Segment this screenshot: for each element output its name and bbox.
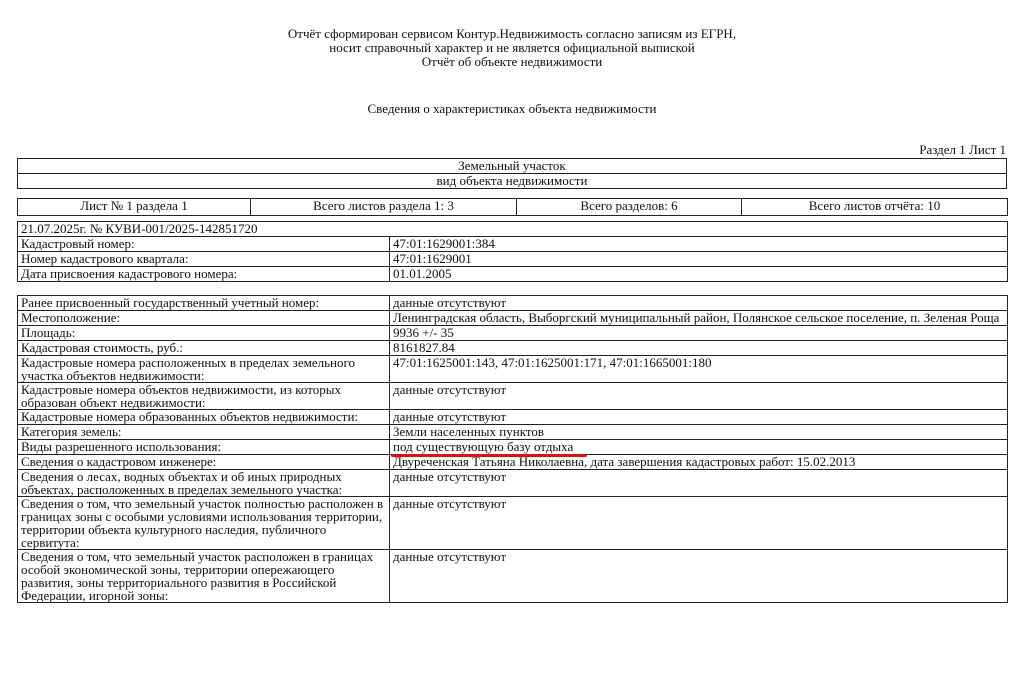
row-value: 47:01:1629001:384	[390, 237, 1008, 252]
row-label: Кадастровые номера образованных объектов…	[18, 410, 390, 425]
row-label: Ранее присвоенный государственный учетны…	[18, 296, 390, 311]
table-row: Виды разрешенного использования: под сущ…	[18, 440, 1008, 455]
row-value: данные отсутствуют	[390, 296, 1008, 311]
row-label: Сведения о кадастровом инженере:	[18, 455, 390, 470]
table-row: Кадастровый номер: 47:01:1629001:384	[18, 237, 1008, 252]
table-row: Сведения о лесах, водных объектах и об и…	[18, 470, 1008, 497]
table-row: Дата присвоения кадастрового номера: 01.…	[18, 267, 1008, 282]
row-value: данные отсутствуют	[390, 470, 1008, 497]
row-value: данные отсутствуют	[390, 410, 1008, 425]
object-type-value: Земельный участок	[18, 159, 1007, 174]
row-label: Сведения о том, что земельный участок по…	[18, 497, 390, 550]
header-line-1: Отчёт сформирован сервисом Контур.Недвиж…	[0, 27, 1024, 41]
row-value: Земли населенных пунктов	[390, 425, 1008, 440]
row-value: данные отсутствуют	[390, 497, 1008, 550]
row-value: 8161827.84	[390, 341, 1008, 356]
row-value: данные отсутствуют	[390, 383, 1008, 410]
table-row: Категория земель:Земли населенных пункто…	[18, 425, 1008, 440]
header-line-3: Отчёт об объекте недвижимости	[0, 55, 1024, 69]
table-row: Номер кадастрового квартала: 47:01:16290…	[18, 252, 1008, 267]
permitted-use-value: под существующую базу отдыха	[393, 439, 573, 454]
row-value-highlighted: под существующую базу отдыха	[390, 440, 1008, 455]
row-value: 47:01:1625001:143, 47:01:1625001:171, 47…	[390, 356, 1008, 383]
section-sheet-ref: Раздел 1 Лист 1	[919, 142, 1006, 158]
cadastral-id-table: 21.07.2025г. № КУВИ-001/2025-142851720 К…	[17, 221, 1008, 282]
table-row: Площадь:9936 +/- 35	[18, 326, 1008, 341]
section-subtitle: Сведения о характеристиках объекта недви…	[0, 101, 1024, 117]
object-type-caption: вид объекта недвижимости	[18, 174, 1007, 189]
row-label: Сведения о том, что земельный участок ра…	[18, 550, 390, 603]
report-sheets-total: Всего листов отчёта: 10	[742, 199, 1008, 216]
row-value: 01.01.2005	[390, 267, 1008, 282]
sheet-number: Лист № 1 раздела 1	[18, 199, 251, 216]
row-label: Кадастровый номер:	[18, 237, 390, 252]
row-value: 47:01:1629001	[390, 252, 1008, 267]
row-label: Кадастровая стоимость, руб.:	[18, 341, 390, 356]
document-id: 21.07.2025г. № КУВИ-001/2025-142851720	[18, 222, 1008, 237]
row-label: Категория земель:	[18, 425, 390, 440]
row-label: Номер кадастрового квартала:	[18, 252, 390, 267]
table-row: Кадастровые номера расположенных в преде…	[18, 356, 1008, 383]
table-row: Сведения о том, что земельный участок ра…	[18, 550, 1008, 603]
row-label: Кадастровые номера расположенных в преде…	[18, 356, 390, 383]
header-line-2: носит справочный характер и не является …	[0, 41, 1024, 55]
row-value: Ленинградская область, Выборгский муници…	[390, 311, 1008, 326]
row-label: Сведения о лесах, водных объектах и об и…	[18, 470, 390, 497]
sheets-info-table: Лист № 1 раздела 1 Всего листов раздела …	[17, 198, 1008, 216]
table-row: Местоположение:Ленинградская область, Вы…	[18, 311, 1008, 326]
permitted-use-text: под существующую базу отдыха	[393, 439, 573, 454]
row-label: Виды разрешенного использования:	[18, 440, 390, 455]
characteristics-table: Ранее присвоенный государственный учетны…	[17, 295, 1008, 603]
row-value: данные отсутствуют	[390, 550, 1008, 603]
row-value: 9936 +/- 35	[390, 326, 1008, 341]
row-label: Площадь:	[18, 326, 390, 341]
table-row: Кадастровые номера объектов недвижимости…	[18, 383, 1008, 410]
row-label: Дата присвоения кадастрового номера:	[18, 267, 390, 282]
object-type-table: Земельный участок вид объекта недвижимос…	[17, 158, 1007, 189]
red-underline-annotation	[391, 454, 587, 457]
table-row: Кадастровые номера образованных объектов…	[18, 410, 1008, 425]
row-label: Местоположение:	[18, 311, 390, 326]
sections-total: Всего разделов: 6	[517, 199, 742, 216]
row-label: Кадастровые номера объектов недвижимости…	[18, 383, 390, 410]
section-sheets-total: Всего листов раздела 1: 3	[251, 199, 517, 216]
table-row: Ранее присвоенный государственный учетны…	[18, 296, 1008, 311]
table-row: Кадастровая стоимость, руб.:8161827.84	[18, 341, 1008, 356]
report-header: Отчёт сформирован сервисом Контур.Недвиж…	[0, 27, 1024, 69]
table-row: Сведения о том, что земельный участок по…	[18, 497, 1008, 550]
